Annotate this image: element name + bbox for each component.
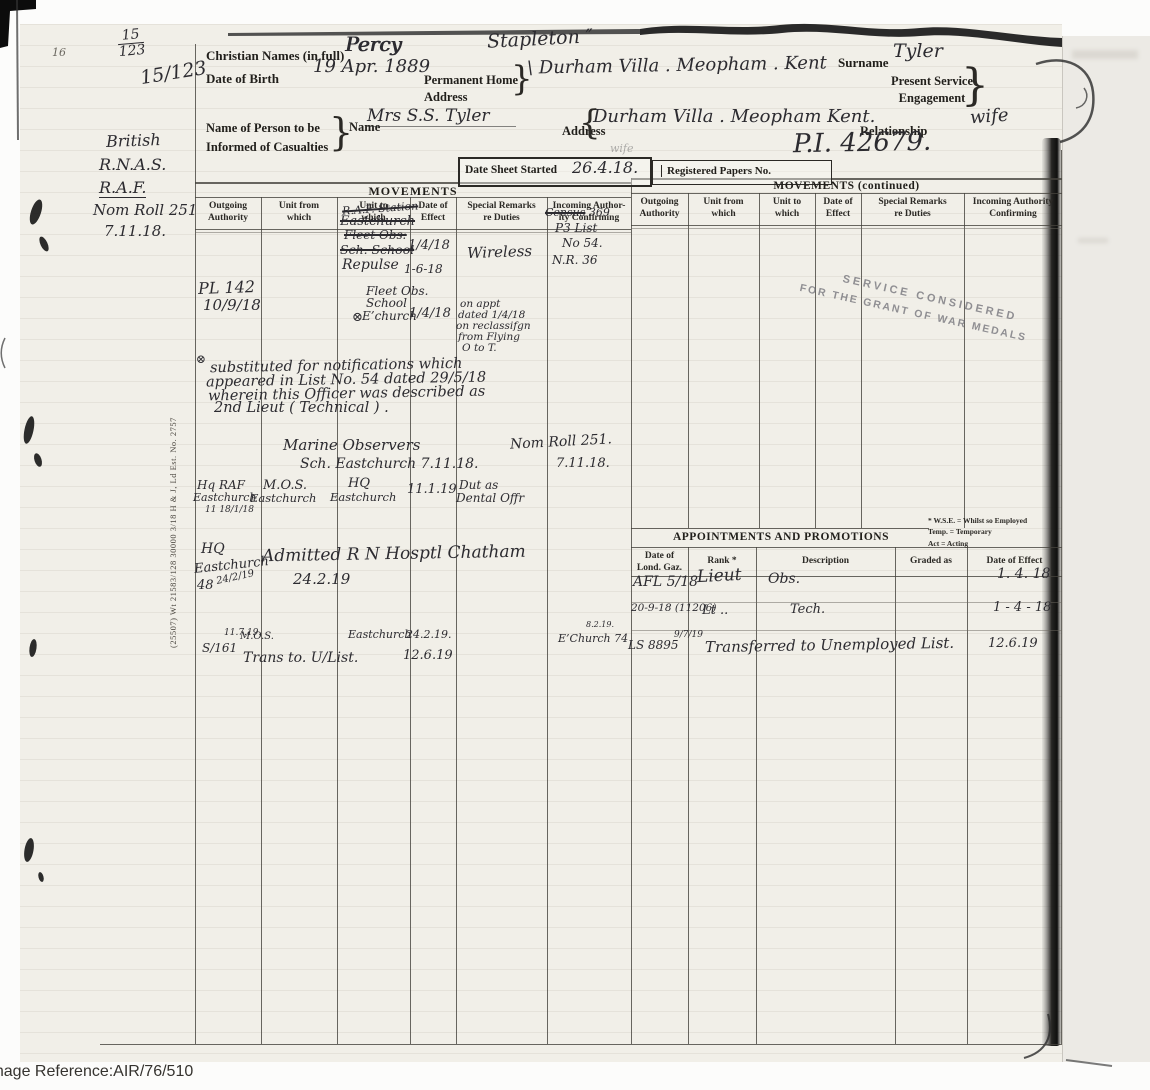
date-sheet-started-value: 26.4.18. — [572, 158, 638, 177]
movement-remark: Dental Offr — [456, 491, 524, 505]
column-rule — [759, 193, 760, 528]
column-rule — [756, 547, 757, 1044]
movement-remark: O to T. — [462, 342, 497, 354]
outgoing-authority-entry: HQ — [201, 541, 225, 557]
column-rule — [688, 547, 689, 1044]
margin-note: R.A.F. — [99, 178, 146, 198]
outgoing-authority-entry: Eastchurch — [193, 491, 257, 504]
incoming-authority-entry: No 54. — [562, 236, 603, 250]
incoming-authority-entry: E’Church 74 — [558, 632, 628, 645]
movement-entry: Repulse — [342, 257, 399, 273]
column-rule — [337, 197, 338, 1044]
col-date-of-effect: Date of Effect — [815, 197, 861, 221]
incoming-authority-entry: Census 369 — [545, 206, 610, 219]
outgoing-authority-entry: 48 — [197, 578, 214, 593]
col-unit-from: Unit from which — [688, 197, 759, 221]
column-rule — [964, 193, 965, 528]
margin-note: 7.11.18. — [104, 222, 166, 240]
movement-entry: Eastchurch — [340, 214, 415, 229]
column-rule — [815, 193, 816, 528]
col-special-remarks: Special Remarks re Duties — [861, 197, 964, 221]
column-rule — [688, 193, 689, 528]
movement-date: 11.1.19 — [407, 482, 457, 497]
next-page-edge — [1062, 36, 1150, 1062]
form-right-border — [1061, 150, 1062, 1044]
margin-note: British — [106, 130, 161, 151]
col-unit-to: Unit to which — [759, 197, 815, 221]
image-reference: Image Reference:AIR/76/510 — [0, 1063, 193, 1081]
outgoing-authority-entry: Hq RAF — [197, 478, 245, 492]
col-incoming-authority: Incoming Authority Confirming — [964, 197, 1062, 221]
movement-date: 24.2.19. — [406, 628, 451, 641]
date-sheet-started-box: Date Sheet Started 26.4.18. — [458, 157, 652, 187]
effect-date-entry: 1 - 4 - 18 — [993, 600, 1051, 615]
movement-entry: Eastchurch — [348, 628, 412, 641]
col-graded-as: Graded as — [895, 556, 967, 568]
table-rule — [631, 528, 929, 529]
incoming-number: 369 — [589, 206, 610, 219]
incoming-authority-entry: 8.2.19. — [586, 620, 614, 629]
margin-note: Nom Roll 251 — [93, 201, 197, 219]
appointments-title: APPOINTMENTS AND PROMOTIONS — [631, 531, 931, 543]
margin-note: R.N.A.S. — [99, 155, 166, 174]
christian-names-value: Percy — [345, 32, 401, 56]
movement-entry: Eastchurch — [250, 491, 316, 505]
column-rule — [895, 547, 896, 1044]
movements-title: MOVEMENTS — [195, 184, 631, 199]
movements-continued-title: MOVEMENTS (continued) — [631, 180, 1062, 192]
sheet-bottom-rule — [100, 1044, 1062, 1045]
movement-entry: Marine Observers — [283, 436, 420, 454]
column-rule — [410, 197, 411, 1044]
movement-entry: Fleet Obs: — [344, 228, 407, 242]
contact-name-value: Mrs S.S. Tyler — [367, 106, 516, 127]
movement-entry: Sch. School — [340, 242, 414, 257]
gazette-entry-superscript: 9/7/19 — [674, 630, 703, 640]
surname-label: Surname — [838, 55, 889, 71]
column-rule — [861, 193, 862, 528]
effect-date-entry: 12.6.19 — [988, 636, 1038, 651]
relationship-faint-pencil: wife — [610, 142, 634, 155]
printer-code: (25507) Wt 21583/128 30000 3/18 H & J, L… — [168, 417, 178, 648]
table-rule — [631, 228, 1062, 229]
movement-entry: Eastchurch — [330, 490, 396, 504]
movement-date: 1/4/18 — [408, 238, 450, 253]
incoming-authority-entry: N.R. 36 — [552, 253, 597, 267]
movement-date: 1-6-18 — [404, 262, 443, 276]
movement-entry: HQ — [348, 476, 370, 491]
struck-word: Census — [545, 206, 585, 219]
surname-value: Tyler — [893, 40, 943, 62]
dob-value: 19 Apr. 1889 — [313, 56, 430, 77]
rank-entry: Lieut — [697, 565, 743, 587]
gazette-entry: AFL 5/18 — [633, 574, 698, 590]
date-sheet-started-label: Date Sheet Started — [465, 164, 557, 176]
movement-date: 12.6.19 — [403, 648, 453, 663]
incoming-authority-entry: P3 List — [555, 221, 597, 235]
description-entry: Obs. — [768, 571, 800, 587]
bleed-through-mark — [1078, 238, 1108, 243]
movement-remark: Dut as — [459, 478, 498, 492]
effect-date-entry: 1. 4. 18 — [997, 566, 1050, 582]
description-entry: Tech. — [790, 602, 825, 617]
dob-label: Date of Birth — [206, 71, 279, 87]
relationship-value: wife — [969, 105, 1009, 129]
gazette-entry: LS 8895 — [628, 638, 679, 652]
outgoing-authority-entry: S/161 — [202, 641, 237, 655]
bleed-through-mark — [1072, 50, 1138, 59]
column-rule — [967, 547, 968, 1044]
footnote-line: 2nd Lieut ( Technical ) . — [214, 400, 389, 416]
col-date-lond-gaz: Date of Lond. Gaz. — [631, 551, 688, 575]
fraction-denominator: 123 — [118, 42, 146, 60]
pi-number: P.I. 42679. — [793, 127, 932, 159]
brace-glyph: } — [961, 64, 989, 108]
scanned-service-record: 16 15 123 15/123 British R.N.A.S. R.A.F.… — [0, 0, 1150, 1090]
column-rule — [547, 197, 548, 1044]
contact-address-value: Durham Villa . Meopham Kent. — [593, 106, 875, 127]
col-outgoing-authority: Outgoing Authority — [195, 201, 261, 225]
movement-date: 24.2.19 — [293, 570, 350, 588]
table-rule — [631, 193, 1062, 194]
outgoing-authority-entry: 11 18/1/18 — [205, 505, 254, 515]
movement-entry: Trans to. U/List. — [243, 650, 358, 666]
margin-ref: 16 — [52, 46, 66, 59]
margin-fraction: 15 123 — [117, 27, 146, 60]
movement-entry: M.O.S. — [240, 631, 274, 642]
outgoing-authority-entry: PL 142 — [198, 277, 256, 298]
permanent-home-label: Permanent Home Address — [424, 72, 518, 106]
col-unit-from: Unit from which — [261, 201, 337, 225]
rank-entry: Lt .. — [702, 603, 728, 618]
movement-remark: Wireless — [467, 242, 533, 262]
casualty-contact-label: Name of Person to be Informed of Casualt… — [206, 119, 328, 158]
registered-papers-label: Registered Papers No. — [661, 165, 771, 177]
table-rule — [631, 225, 1062, 226]
incoming-authority-entry: 7.11.18. — [556, 456, 610, 471]
col-special-remarks: Special Remarks re Duties — [456, 201, 547, 225]
movement-date: 1/4/18 — [409, 306, 451, 321]
movement-entry: School — [366, 296, 407, 310]
col-description: Description — [756, 556, 895, 568]
col-outgoing-authority: Outgoing Authority — [631, 197, 688, 221]
column-rule — [261, 197, 262, 1044]
substitution-mark: ⊗ — [196, 352, 206, 366]
movement-entry: Sch. Eastchurch 7.11.18. — [300, 456, 479, 472]
appointments-legend: * W.S.E. = Whilst so Employed Temp. = Te… — [928, 515, 1027, 549]
outgoing-authority-entry: 10/9/18 — [203, 296, 261, 314]
